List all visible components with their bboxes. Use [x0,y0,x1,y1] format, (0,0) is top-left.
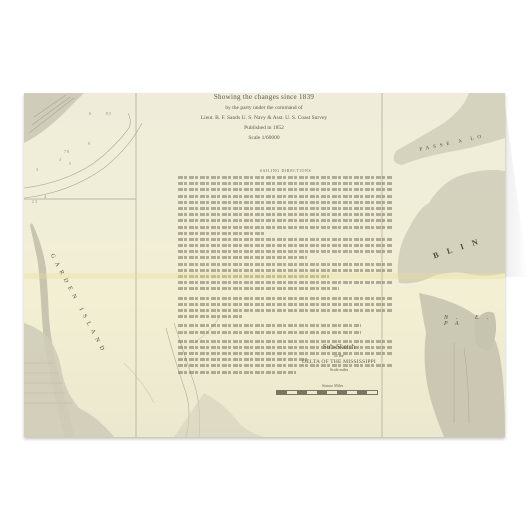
scale-bar [276,390,378,395]
svg-text:4: 4 [59,157,61,162]
svg-text:3: 3 [36,167,38,172]
svg-text:7 8: 7 8 [64,149,69,154]
svg-text:9: 9 [88,141,90,146]
map-title-line: Showing the changes since 1839 [84,93,444,101]
map-title-line: by the party under the command of [84,105,444,111]
greeting-card-front: 68 59 7 845 32 34 Showing the changes si… [24,93,505,437]
svg-text:5: 5 [69,161,71,166]
sailing-directions-heading: SAILING DIRECTIONS [178,168,393,173]
map-title-block: Showing the changes since 1839 by the pa… [84,93,444,141]
label-ne-pass: N. E. PA [444,315,505,327]
svg-text:2 3: 2 3 [32,199,37,204]
scale-bar-label: Statute Miles [322,383,343,388]
map-title-line: Published in 1852 [84,125,444,131]
svg-text:4: 4 [44,194,46,199]
land-mass-right-middle [398,170,505,284]
map-title-line: Lieut. B. F. Sands U. S. Navy & Asst. U.… [84,115,444,121]
map-scale-ratio: Scale 1/60000 [84,135,444,141]
sub-sketch-title: Sub-Sketch of the DELTA OF THE MISSISSIP… [269,343,409,372]
land-mass-top-left [24,93,84,143]
